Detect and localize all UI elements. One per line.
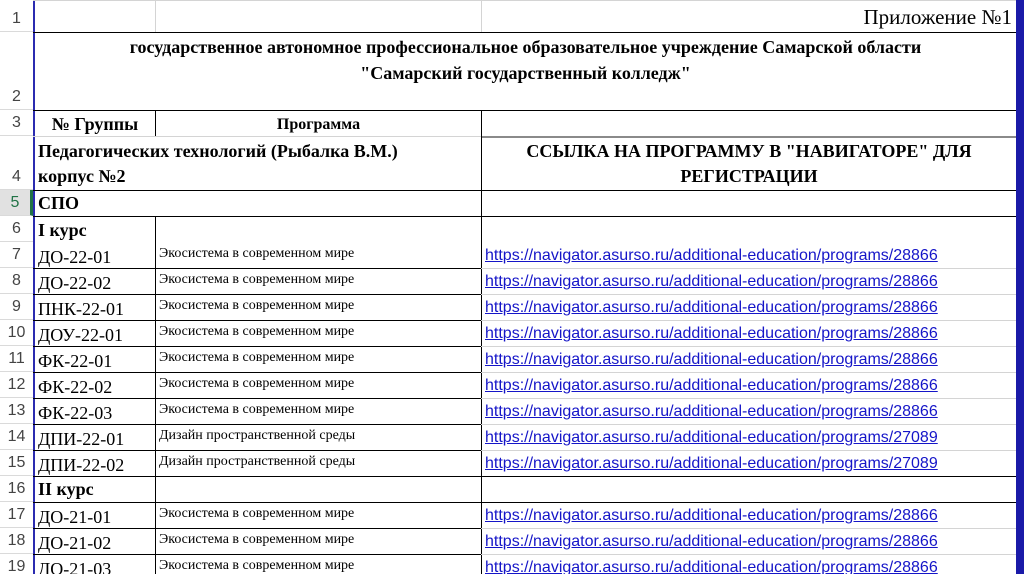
group-cell[interactable]: ДО-21-03 — [38, 555, 153, 574]
row-header-16[interactable]: 16 — [0, 476, 33, 502]
row-number: 5 — [0, 194, 30, 212]
program-cell[interactable]: Экосистема в современном мире — [159, 321, 479, 346]
group-cell[interactable]: ДПИ-22-02 — [38, 451, 153, 476]
header-group[interactable]: № Группы — [35, 111, 155, 136]
appendix-label[interactable]: Приложение №1 — [481, 2, 1014, 32]
row-number: 7 — [0, 246, 33, 264]
gridline — [481, 476, 1016, 477]
group-cell[interactable]: ДО-21-02 — [38, 529, 153, 554]
link-header-line1[interactable]: ССЫЛКА НА ПРОГРАММУ В "НАВИГАТОРЕ" ДЛЯ — [482, 138, 1016, 164]
row-number: 3 — [0, 114, 33, 132]
program-link[interactable]: https://navigator.asurso.ru/additional-e… — [485, 555, 1016, 574]
program-link[interactable]: https://navigator.asurso.ru/additional-e… — [485, 425, 1016, 450]
row-number: 12 — [0, 376, 33, 394]
program-link[interactable]: https://navigator.asurso.ru/additional-e… — [485, 399, 1016, 424]
group-cell[interactable]: ДО-22-01 — [38, 243, 153, 268]
gridline — [33, 32, 1016, 33]
program-cell[interactable]: Экосистема в современном мире — [159, 555, 479, 574]
program-link[interactable]: https://navigator.asurso.ru/additional-e… — [485, 295, 1016, 320]
row-number: 8 — [0, 272, 33, 290]
row-header-17[interactable]: 17 — [0, 502, 33, 528]
program-cell[interactable]: Экосистема в современном мире — [159, 243, 479, 268]
row-header-10[interactable]: 10 — [0, 320, 33, 346]
header-program[interactable]: Программа — [156, 111, 481, 136]
window-edge — [1016, 0, 1024, 574]
gridline — [155, 0, 156, 32]
program-link[interactable]: https://navigator.asurso.ru/additional-e… — [485, 451, 1016, 476]
group-cell[interactable]: ДОУ-22-01 — [38, 321, 153, 346]
gridline — [155, 216, 156, 574]
row-number: 16 — [0, 480, 33, 498]
institution-title-line1[interactable]: государственное автономное профессиональ… — [35, 34, 1016, 60]
level-label[interactable]: СПО — [38, 191, 478, 216]
program-cell[interactable]: Экосистема в современном мире — [159, 269, 479, 294]
program-link[interactable]: https://navigator.asurso.ru/additional-e… — [485, 321, 1016, 346]
program-cell[interactable]: Экосистема в современном мире — [159, 529, 479, 554]
row-number: 1 — [0, 10, 33, 28]
program-cell[interactable]: Экосистема в современном мире — [159, 373, 479, 398]
row-header-9[interactable]: 9 — [0, 294, 33, 320]
row-header-6[interactable]: 6 — [0, 216, 33, 242]
row-number: 18 — [0, 532, 33, 550]
gridline — [33, 0, 1016, 1]
link-header-line2[interactable]: РЕГИСТРАЦИИ — [482, 163, 1016, 189]
row-header-3[interactable]: 3 — [0, 110, 33, 136]
program-cell[interactable]: Экосистема в современном мире — [159, 399, 479, 424]
program-cell[interactable]: Экосистема в современном мире — [159, 295, 479, 320]
spreadsheet: 12345678910111213141516171819 Приложение… — [0, 0, 1016, 574]
program-cell[interactable]: Дизайн пространственной среды — [159, 451, 479, 476]
program-link[interactable]: https://navigator.asurso.ru/additional-e… — [485, 243, 1016, 268]
group-cell[interactable]: ДО-21-01 — [38, 503, 153, 528]
gridline — [33, 216, 1016, 217]
gridline — [33, 136, 481, 137]
program-cell[interactable]: Экосистема в современном мире — [159, 347, 479, 372]
row-header-19[interactable]: 19 — [0, 554, 33, 574]
group-cell[interactable]: ДПИ-22-01 — [38, 425, 153, 450]
row-header-13[interactable]: 13 — [0, 398, 33, 424]
row-number: 10 — [0, 324, 33, 342]
program-cell[interactable]: Дизайн пространственной среды — [159, 425, 479, 450]
program-link[interactable]: https://navigator.asurso.ru/additional-e… — [485, 347, 1016, 372]
program-cell[interactable]: Экосистема в современном мире — [159, 503, 479, 528]
department-line2[interactable]: корпус №2 — [38, 163, 478, 189]
row-number: 19 — [0, 558, 33, 574]
group-cell[interactable]: ФК-22-01 — [38, 347, 153, 372]
row-number: 17 — [0, 506, 33, 524]
row-number: 11 — [0, 350, 33, 368]
institution-title-line2[interactable]: "Самарский государственный колледж" — [35, 60, 1016, 86]
row-header-18[interactable]: 18 — [0, 528, 33, 554]
row-number: 4 — [0, 168, 33, 186]
row-header-15[interactable]: 15 — [0, 450, 33, 476]
row-header-1[interactable]: 1 — [0, 0, 33, 32]
row-number: 6 — [0, 220, 33, 238]
course-1-label[interactable]: I курс — [38, 217, 153, 242]
row-number: 9 — [0, 298, 33, 316]
row-header-divider — [33, 0, 35, 574]
group-cell[interactable]: ФК-22-03 — [38, 399, 153, 424]
row-header-7[interactable]: 7 — [0, 242, 33, 268]
group-cell[interactable]: ФК-22-02 — [38, 373, 153, 398]
course-2-label[interactable]: II курс — [38, 477, 153, 502]
row-number: 2 — [0, 88, 33, 106]
row-header-14[interactable]: 14 — [0, 424, 33, 450]
group-cell[interactable]: ДО-22-02 — [38, 269, 153, 294]
row-header-2[interactable]: 2 — [0, 32, 33, 110]
group-cell[interactable]: ПНК-22-01 — [38, 295, 153, 320]
program-link[interactable]: https://navigator.asurso.ru/additional-e… — [485, 269, 1016, 294]
row-header-12[interactable]: 12 — [0, 372, 33, 398]
row-header-8[interactable]: 8 — [0, 268, 33, 294]
program-link[interactable]: https://navigator.asurso.ru/additional-e… — [485, 529, 1016, 554]
program-link[interactable]: https://navigator.asurso.ru/additional-e… — [485, 373, 1016, 398]
row-header-4[interactable]: 4 — [0, 136, 33, 190]
row-header-5[interactable]: 5 — [0, 190, 33, 216]
row-number: 14 — [0, 428, 33, 446]
row-header-11[interactable]: 11 — [0, 346, 33, 372]
row-number: 15 — [0, 454, 33, 472]
row-number: 13 — [0, 402, 33, 420]
department-line1[interactable]: Педагогических технологий (Рыбалка В.М.) — [38, 138, 478, 164]
program-link[interactable]: https://navigator.asurso.ru/additional-e… — [485, 503, 1016, 528]
